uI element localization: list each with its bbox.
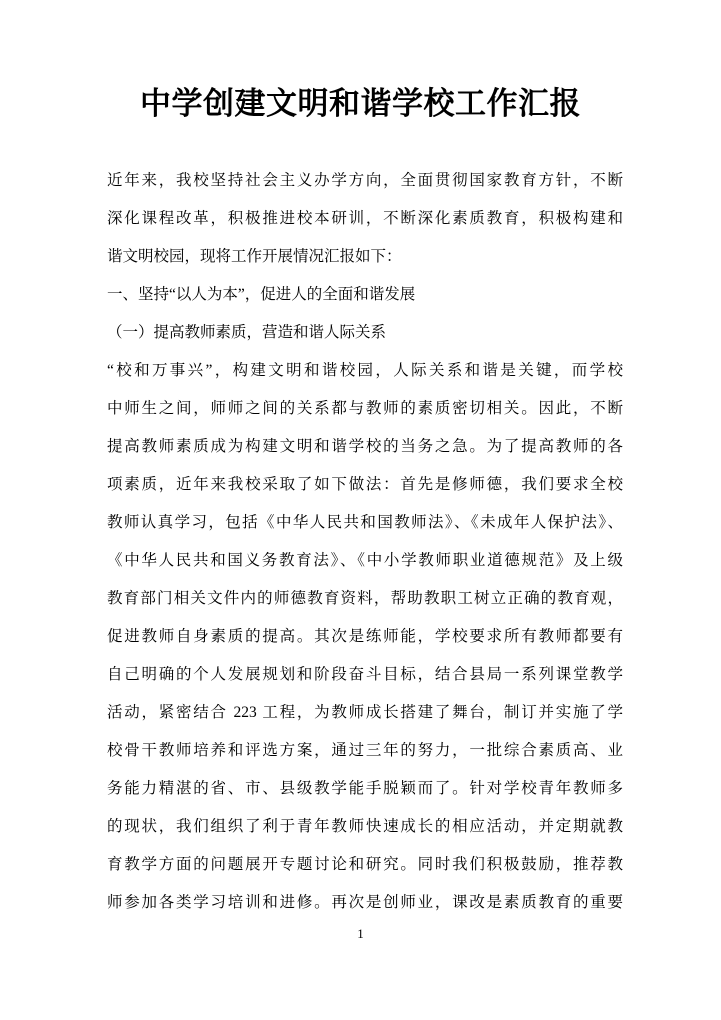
text-line: 育教学方面的问题展开专题讨论和研究。同时我们积极鼓励，推荐教 — [107, 846, 623, 884]
text-line: 促进教师自身素质的提高。其次是练师能，学校要求所有教师都要有 — [107, 618, 623, 656]
document-title: 中学创建文明和谐学校工作汇报 — [0, 83, 721, 125]
text-line: 自己明确的个人发展规划和阶段奋斗目标，结合县局一系列课堂教学 — [107, 656, 623, 694]
text-line: 务能力精湛的省、市、县级教学能手脱颖而了。针对学校青年教师多 — [107, 770, 623, 808]
text-line: 项素质，近年来我校采取了如下做法：首先是修师德，我们要求全校 — [107, 466, 623, 504]
page-number: 1 — [0, 924, 721, 944]
text-line: 中师生之间，师师之间的关系都与教师的素质密切相关。因此，不断 — [107, 390, 623, 428]
text-line: 教师认真学习，包括《中华人民共和国教师法》、《未成年人保护法》、 — [107, 504, 623, 542]
text-line: 活动，紧密结合 223 工程，为教师成长搭建了舞台，制订并实施了学 — [107, 694, 623, 732]
text-line: 一、坚持“以人为本”，促进人的全面和谐发展 — [107, 276, 623, 314]
text-line: 近年来，我校坚持社会主义办学方向，全面贯彻国家教育方针，不断 — [107, 162, 623, 200]
text-line: （一）提高教师素质，营造和谐人际关系 — [107, 314, 623, 352]
text-line: 提高教师素质成为构建文明和谐学校的当务之急。为了提高教师的各 — [107, 428, 623, 466]
text-line: “校和万事兴”，构建文明和谐校园，人际关系和谐是关键，而学校 — [107, 352, 623, 390]
text-line: 《中华人民共和国义务教育法》、《中小学教师职业道德规范》及上级 — [107, 542, 623, 580]
text-line: 的现状，我们组织了利于青年教师快速成长的相应活动，并定期就教 — [107, 808, 623, 846]
document-page: 中学创建文明和谐学校工作汇报 近年来，我校坚持社会主义办学方向，全面贯彻国家教育… — [0, 0, 721, 1020]
text-line: 教育部门相关文件内的师德教育资料，帮助教职工树立正确的教育观， — [107, 580, 623, 618]
text-line: 深化课程改革，积极推进校本研训，不断深化素质教育，积极构建和 — [107, 200, 623, 238]
text-line: 谐文明校园，现将工作开展情况汇报如下： — [107, 238, 623, 276]
document-body: 近年来，我校坚持社会主义办学方向，全面贯彻国家教育方针，不断深化课程改革，积极推… — [107, 162, 623, 922]
text-line: 师参加各类学习培训和进修。再次是创师业，课改是素质教育的重要 — [107, 884, 623, 922]
text-line: 校骨干教师培养和评选方案，通过三年的努力，一批综合素质高、业 — [107, 732, 623, 770]
